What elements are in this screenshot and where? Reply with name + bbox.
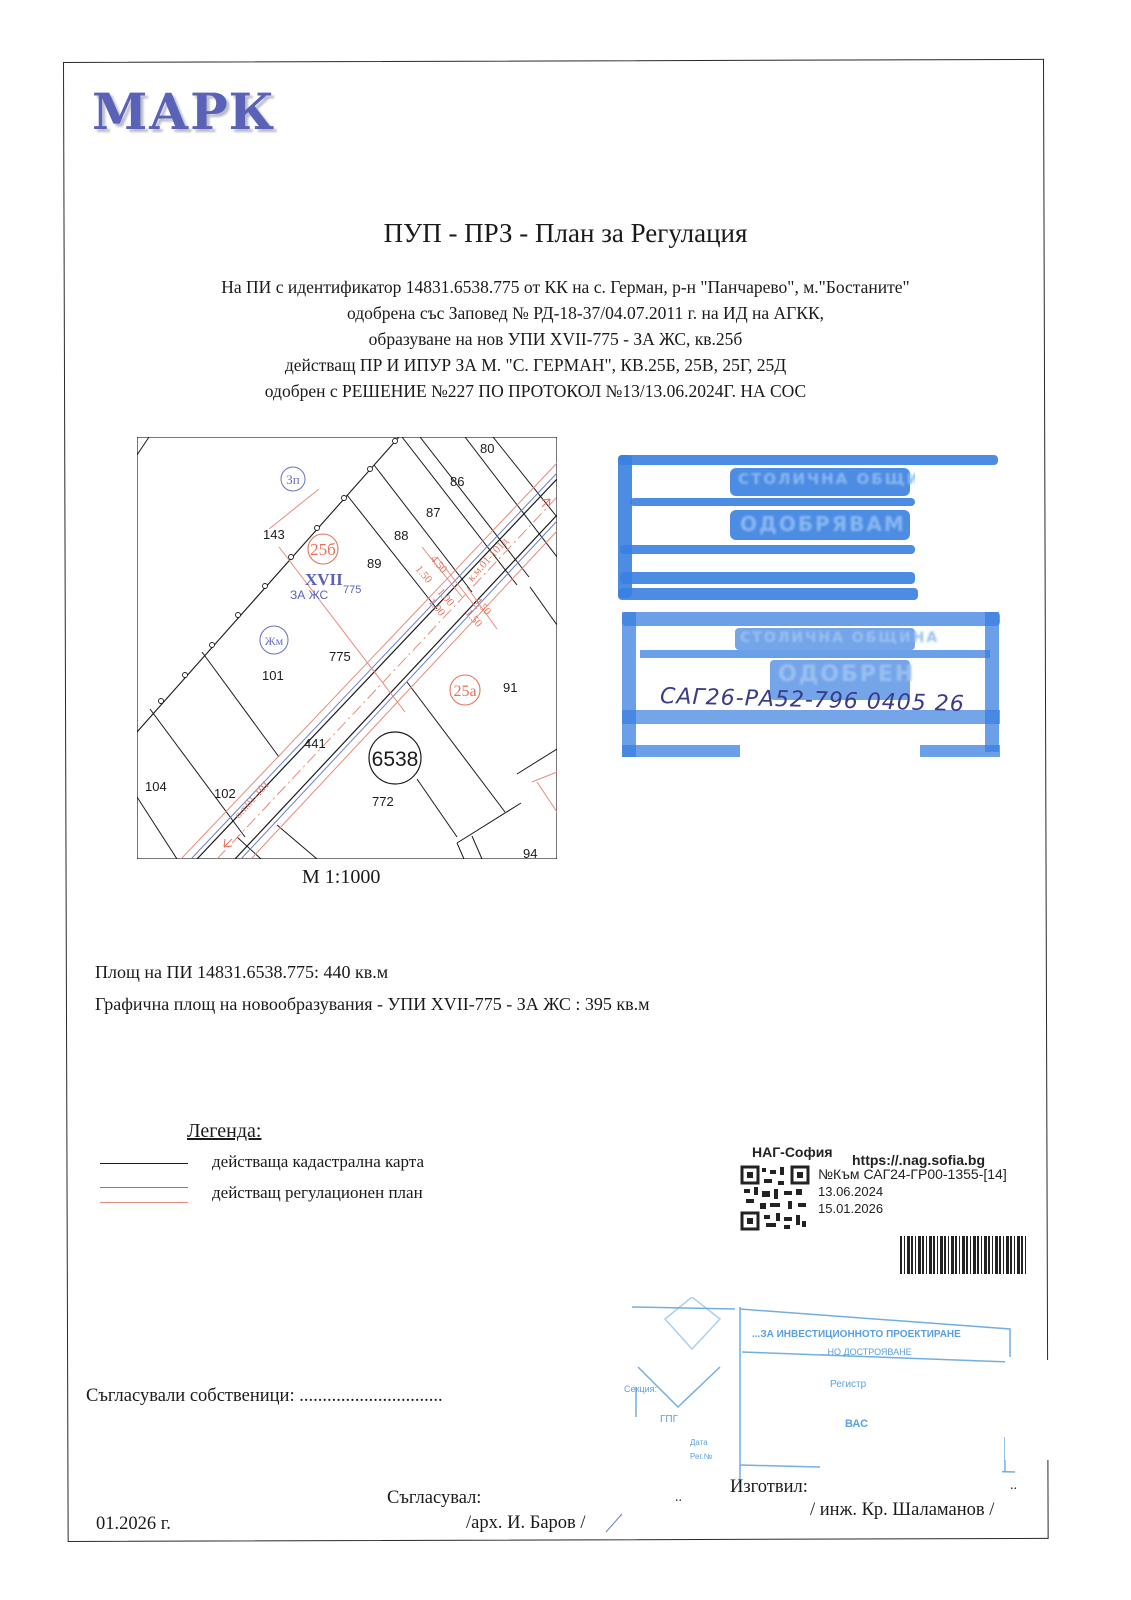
upi-number: XVII bbox=[305, 570, 343, 589]
zone-zp: Зп bbox=[286, 472, 300, 487]
legend-line-black bbox=[100, 1163, 188, 1164]
agreed-name: /арх. И. Баров / bbox=[466, 1513, 586, 1534]
subtitle-line-3: образуване на нов УПИ XVII-775 - ЗА ЖС, … bbox=[0, 329, 1121, 350]
prepared-name: / инж. Кр. Шаламанов / bbox=[810, 1500, 994, 1521]
map-scale: М 1:1000 bbox=[302, 866, 380, 889]
subtitle-line-1: На ПИ с идентификатор 14831.6538.775 от … bbox=[0, 277, 1131, 298]
document-title: ПУП - ПРЗ - План за Регулация bbox=[0, 218, 1131, 249]
regulation-map: 80 86 87 88 89 143 775 101 441 104 102 7… bbox=[137, 437, 557, 859]
nag-date-1: 13.06.2024 bbox=[818, 1184, 883, 1199]
upi-parcel: 775 bbox=[343, 584, 361, 596]
redaction-block-signature bbox=[820, 1460, 1002, 1498]
cadastral-sheet: 6538 bbox=[372, 748, 419, 771]
nag-org: НАГ-София bbox=[752, 1144, 833, 1160]
parcel-772: 772 bbox=[372, 794, 394, 809]
upi-purpose: ЗА ЖС bbox=[290, 588, 329, 602]
company-logo: МАРК bbox=[92, 82, 275, 141]
subtitle-line-4: действащ ПР И ИПУР ЗА М. "С. ГЕРМАН", КВ… bbox=[0, 355, 1101, 376]
zone-zhm: Жм bbox=[265, 634, 284, 648]
svg-text:Секция:: Секция: bbox=[624, 1384, 657, 1394]
legend-title: Легенда: bbox=[187, 1120, 261, 1143]
parcel-87: 87 bbox=[426, 505, 440, 520]
owners-agreement: Съгласували собственици: ...............… bbox=[86, 1386, 443, 1407]
parcel-775: 775 bbox=[329, 649, 351, 664]
parcel-80: 80 bbox=[480, 441, 494, 456]
parcel-143: 143 bbox=[263, 527, 285, 542]
qr-code-icon bbox=[740, 1165, 810, 1231]
parcel-89: 89 bbox=[367, 556, 381, 571]
block-25a: 25а bbox=[453, 683, 476, 700]
svg-text:...ЗА ИНВЕСТИЦИОННОТО ПРОЕКТИР: ...ЗА ИНВЕСТИЦИОННОТО ПРОЕКТИРАНЕ bbox=[752, 1329, 961, 1340]
prepared-label: Изготвил: bbox=[730, 1477, 808, 1498]
svg-text:ГПГ: ГПГ bbox=[660, 1414, 679, 1425]
parcel-102: 102 bbox=[214, 786, 236, 801]
new-upi-area: Графична площ на новообразувания - УПИ X… bbox=[95, 994, 650, 1015]
redaction-block bbox=[915, 465, 1000, 577]
legend-line-blue bbox=[100, 1187, 188, 1188]
parcel-104: 104 bbox=[145, 779, 167, 794]
barcode bbox=[900, 1236, 1028, 1274]
parcel-88: 88 bbox=[394, 528, 408, 543]
agreed-label: Съгласувал: bbox=[387, 1488, 481, 1509]
parcel-86: 86 bbox=[450, 474, 464, 489]
pi-area: Площ на ПИ 14831.6538.775: 440 кв.м bbox=[95, 962, 388, 983]
svg-text:Рег.№: Рег.№ bbox=[690, 1452, 713, 1461]
nag-ref: №Към САГ24-ГР00-1355-[14] bbox=[818, 1166, 1007, 1182]
svg-text:...НО ДОСТРОЯВАНЕ: ...НО ДОСТРОЯВАНЕ bbox=[820, 1347, 912, 1357]
subtitle-line-2: одобрена със Заповед № РД-18-37/04.07.20… bbox=[20, 303, 1131, 324]
signature-stroke-icon bbox=[604, 1512, 626, 1534]
quote-mark: .. bbox=[675, 1490, 682, 1506]
legend-line-red bbox=[100, 1202, 188, 1203]
nag-date-2: 15.01.2026 bbox=[818, 1201, 883, 1216]
subtitle-line-5: одобрен с РЕШЕНИЕ №227 ПО ПРОТОКОЛ №13/1… bbox=[0, 381, 1101, 402]
block-25b: 25б bbox=[310, 540, 336, 559]
parcel-91: 91 bbox=[503, 680, 517, 695]
svg-text:ВАС: ВАС bbox=[845, 1418, 868, 1430]
svg-text:Дата: Дата bbox=[690, 1438, 708, 1447]
document-date: 01.2026 г. bbox=[96, 1514, 171, 1535]
parcel-94: 94 bbox=[523, 846, 537, 859]
parcel-101: 101 bbox=[262, 668, 284, 683]
parcel-441: 441 bbox=[304, 736, 326, 751]
quote-mark-2: .. bbox=[1010, 1478, 1017, 1494]
svg-text:Регистр: Регистр bbox=[830, 1379, 867, 1390]
